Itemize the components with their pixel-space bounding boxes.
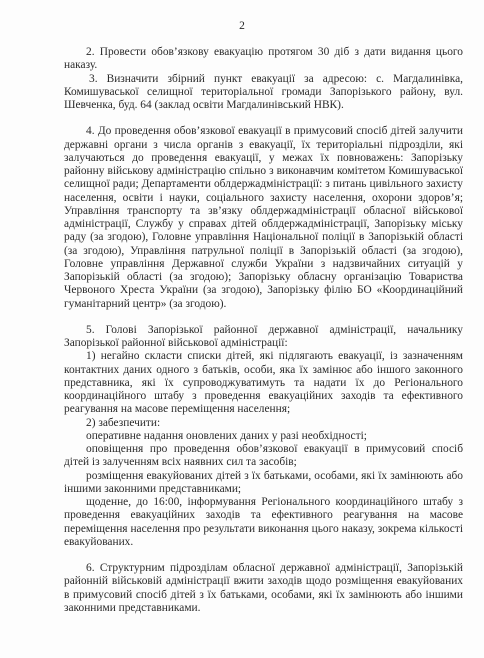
- page-number: 2: [0, 20, 484, 33]
- paragraph-3: 3. Визначити збірний пункт евакуації за …: [64, 73, 463, 113]
- paragraph-gap: [64, 311, 463, 324]
- paragraph-5: 5. Голові Запорізької районної державної…: [64, 324, 463, 351]
- paragraph-4: 4. До проведення обов’язкової евакуації …: [64, 125, 463, 311]
- paragraph-6: 6. Структурним підрозділам обласної держ…: [64, 562, 463, 615]
- paragraph-gap: [64, 112, 463, 125]
- paragraph-5-1: 1) негайно скласти списки дітей, які під…: [64, 350, 463, 416]
- paragraph-5-2d: щоденне, до 16:00, інформування Регіонал…: [64, 496, 463, 549]
- paragraph-2: 2. Провести обов’язкову евакуацію протяг…: [64, 46, 463, 73]
- document-page: 2 2. Провести обов’язкову евакуацію прот…: [0, 0, 484, 658]
- paragraph-5-2c: розміщення евакуйованих дітей з їх батьк…: [64, 470, 463, 497]
- document-body: 2. Провести обов’язкову евакуацію протяг…: [64, 46, 463, 615]
- paragraph-5-2a: оперативне надання оновлених даних у раз…: [64, 430, 463, 443]
- paragraph-gap: [64, 549, 463, 562]
- paragraph-5-2b: оповіщення про проведення обов’язкової е…: [64, 443, 463, 470]
- paragraph-5-2: 2) забезпечити:: [64, 417, 463, 430]
